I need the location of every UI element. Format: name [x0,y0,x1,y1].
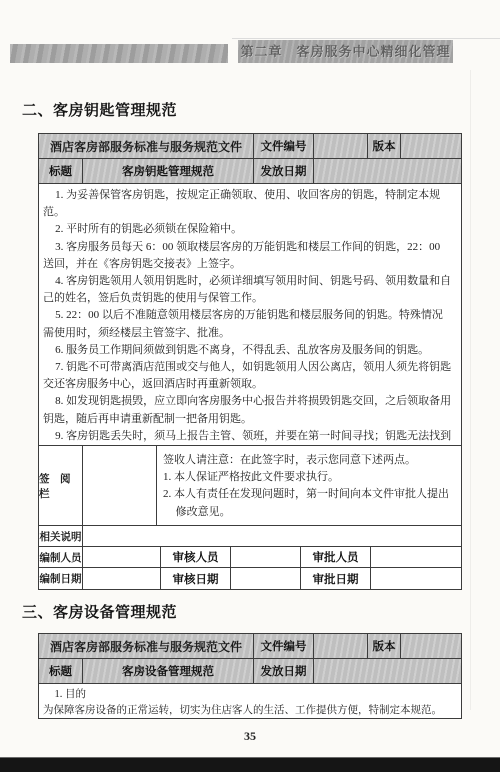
footer-row-dates: 编制日期 审核日期 审批日期 [39,568,461,589]
sign-notice-cell: 签收人请注意：在此签字时，表示您同意下述两点。 1. 本人保证严格按此文件要求执… [157,446,461,525]
sign-notice: 签收人请注意：在此签字时，表示您同意下述两点。 [163,452,453,469]
table-header-row-2: 标题 客房设备管理规范 发放日期 [39,659,461,684]
sign-point: 1. 本人保证严格按此文件要求执行。 [163,469,453,486]
issue-date-value-cell [314,159,461,183]
prepared-by-value [83,547,161,567]
page-edge-shadow [470,70,471,710]
rule-item: 5. 22：00 以后不准随意领用楼层客房的万能钥匙和楼层服务间的钥匙。特殊情况… [43,307,453,341]
table-body-row: 1. 为妥善保管客房钥匙，按规定正确领取、使用、收回客房的钥匙，特制定本规范。 … [39,184,461,446]
org-title-cell: 酒店客房部服务标准与服务规范文件 [39,134,254,158]
scanned-book-page: 第二章 客房服务中心精细化管理 二、客房钥匙管理规范 酒店客房部服务标准与服务规… [0,0,500,772]
rule-item: 6. 服务员工作期间须做到钥匙不离身，不得乱丢、乱放客房及服务间的钥匙。 [43,342,453,359]
approved-by-label: 审批人员 [301,547,371,567]
issue-date-label-cell: 发放日期 [254,159,314,183]
table-header-row-2: 标题 客房钥匙管理规范 发放日期 [39,159,461,184]
sign-column-label: 签 阅 栏 [39,446,83,525]
approved-date-value [371,568,461,589]
rules-list: 1. 为妥善保管客房钥匙，按规定正确领取、使用、收回客房的钥匙，特制定本规范。 … [39,184,461,445]
equipment-management-table: 酒店客房部服务标准与服务规范文件 文件编号 版本 标题 客房设备管理规范 发放日… [38,633,462,719]
table-header-row-1: 酒店客房部服务标准与服务规范文件 文件编号 版本 [39,634,461,659]
reviewed-by-label: 审核人员 [161,547,231,567]
doc-no-label-cell: 文件编号 [254,634,314,658]
rule-item: 9. 客房钥匙丢失时，须马上报告主管、领班，并要在第一时间寻找；钥匙无法找到时，… [43,428,453,445]
chapter-title: 第二章 客房服务中心精细化管理 [238,40,453,63]
doc-no-label-cell: 文件编号 [254,134,314,158]
key-management-table: 酒店客房部服务标准与服务规范文件 文件编号 版本 标题 客房钥匙管理规范 发放日… [38,133,462,590]
issue-date-label-cell: 发放日期 [254,659,314,683]
approved-date-label: 审批日期 [301,568,371,589]
rule-item: 7. 钥匙不可带离酒店范围或交与他人，如钥匙领用人因公离店，领用人须先将钥匙交还… [43,359,453,393]
section-heading-equipment: 三、客房设备管理规范 [22,601,177,622]
prepared-date-label: 编制日期 [39,568,83,589]
rule-item: 3. 客房服务员每天 6：00 领取楼层客房的万能钥匙和楼层工作间的钥匙，22：… [43,239,453,273]
table-body-row: 1. 目的 为保障客房设备的正常运转，切实为住店客人的生活、工作提供方便，特制定… [39,684,461,718]
chapter-band-bar [10,44,228,63]
reviewed-date-value [231,568,301,589]
doc-title-cell: 客房钥匙管理规范 [83,159,254,183]
page-number: 35 [0,729,500,744]
title-label-cell: 标题 [39,659,83,683]
related-value-cell [83,526,461,546]
header-hairline [232,38,500,39]
issue-date-value-cell [314,659,461,683]
title-label-cell: 标题 [39,159,83,183]
bottom-scan-bar [0,757,500,772]
reviewed-by-value [231,547,301,567]
doc-title-cell: 客房设备管理规范 [83,659,254,683]
doc-no-value-cell [314,634,368,658]
approved-by-value [371,547,461,567]
version-value-cell [401,634,461,658]
doc-no-value-cell [314,134,368,158]
sign-point: 2. 本人有责任在发现问题时，第一时间向本文件审批人提出修改意见。 [163,486,453,520]
version-label-cell: 版本 [368,634,401,658]
sign-empty-cell [83,446,157,525]
section-heading-keys: 二、客房钥匙管理规范 [22,99,177,120]
org-title-cell: 酒店客房部服务标准与服务规范文件 [39,634,254,658]
related-label-cell: 相关说明 [39,526,83,546]
rule-item: 8. 如发现钥匙损毁，应立即向客房服务中心报告并将损毁钥匙交回，之后领取备用钥匙… [43,393,453,427]
version-label-cell: 版本 [368,134,401,158]
version-value-cell [401,134,461,158]
prepared-date-value [83,568,161,589]
related-row: 相关说明 [39,526,461,547]
rule-item: 2. 平时所有的钥匙必须锁在保险箱中。 [43,221,453,238]
purpose-text: 为保障客房设备的正常运转，切实为住店客人的生活、工作提供方便，特制定本规范。 [43,703,453,719]
footer-row-personnel: 编制人员 审核人员 审批人员 [39,547,461,568]
rule-item: 1. 为妥善保管客房钥匙，按规定正确领取、使用、收回客房的钥匙，特制定本规范。 [43,187,453,221]
prepared-by-label: 编制人员 [39,547,83,567]
table-header-row-1: 酒店客房部服务标准与服务规范文件 文件编号 版本 [39,134,461,159]
reviewed-date-label: 审核日期 [161,568,231,589]
purpose-heading: 1. 目的 [43,687,453,703]
rule-item: 4. 客房钥匙领用人领用钥匙时，必须详细填写领用时间、钥匙号码、领用数量和自己的… [43,273,453,307]
purpose-block: 1. 目的 为保障客房设备的正常运转，切实为住店客人的生活、工作提供方便，特制定… [39,684,461,718]
sign-row: 签 阅 栏 签收人请注意：在此签字时，表示您同意下述两点。 1. 本人保证严格按… [39,446,461,526]
